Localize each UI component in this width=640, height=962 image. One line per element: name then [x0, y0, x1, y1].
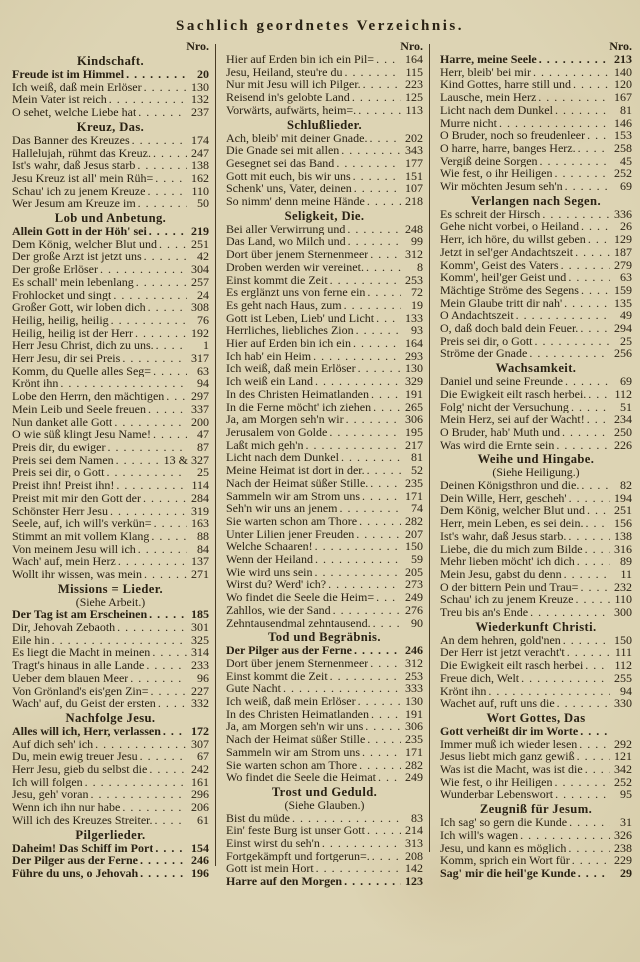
dot-leader — [362, 490, 401, 503]
dot-leader — [581, 479, 610, 492]
entry-number: 255 — [612, 672, 632, 685]
dot-leader — [138, 543, 187, 556]
entry-title: Dein Wille, Herr, gescheh' — [440, 492, 567, 505]
entry-title: Schönster Herr Jesu — [12, 505, 108, 518]
index-entry: Dir, Jehovah Zebaoth301 — [12, 621, 209, 634]
index-entry: Führe du uns, o Jehovah196 — [12, 867, 209, 880]
index-entry: Droben werden wir vereinet.8 — [226, 261, 423, 274]
dot-leader — [136, 276, 187, 289]
entry-title: Frohlocket und singt — [12, 289, 111, 302]
index-entry: Herr Jesu Christ, dich zu uns.1 — [12, 339, 209, 352]
entry-title: Stimmt an mit vollem Klang — [12, 530, 149, 543]
dot-leader — [521, 672, 610, 685]
index-entry: Licht nach dem Dunkel81 — [226, 451, 423, 464]
dot-leader — [283, 682, 401, 695]
entry-number: 172 — [189, 725, 209, 738]
dot-leader — [154, 814, 187, 827]
entry-number: 8 — [403, 261, 423, 274]
entry-number: 191 — [403, 388, 423, 401]
entry-number: 167 — [612, 91, 632, 104]
dot-leader — [585, 659, 610, 672]
entry-title: Treu bis an's Ende — [440, 606, 528, 619]
entry-number: 235 — [403, 477, 423, 490]
entry-number: 282 — [403, 515, 423, 528]
index-entry: Unter Lilien jener Freuden207 — [226, 528, 423, 541]
entry-number: 297 — [189, 390, 209, 403]
entry-title: Bei aller Verwirrung und — [226, 223, 345, 236]
entry-title: Gott verheißt dir im Worte — [440, 725, 578, 738]
index-entry: Alles will ich, Herr, verlassen172 — [12, 725, 209, 738]
index-entry: Komm, sprich ein Wort für229 — [440, 854, 632, 867]
entry-title: Herr Jesu Christ, dich zu uns. — [12, 339, 154, 352]
index-entry: Allein Gott in der Höh' sei219 — [12, 225, 209, 238]
dot-leader — [155, 172, 187, 185]
index-entry: Ich hab' ein Heim293 — [226, 350, 423, 363]
entry-number: 130 — [403, 695, 423, 708]
dot-leader — [156, 339, 187, 352]
entry-title: Kind Gottes, harre still und — [440, 78, 571, 91]
dot-leader — [151, 530, 187, 543]
section-heading: Missions = Lieder. — [12, 583, 209, 596]
dot-leader — [341, 144, 401, 157]
dot-leader — [367, 286, 401, 299]
entry-number: 96 — [189, 672, 209, 685]
index-entry: Freude ist im Himmel20 — [12, 68, 209, 81]
entry-title: Ist's wahr, daß Jesus starb. — [440, 530, 566, 543]
entry-number: 174 — [189, 134, 209, 147]
index-column-1: Nro.Kindschaft.Freude ist im Himmel20Ich… — [12, 40, 209, 880]
dot-leader — [533, 66, 610, 79]
index-entry: Nun danket alle Gott200 — [12, 416, 209, 429]
entry-number: 195 — [403, 426, 423, 439]
index-entry: Der große Arzt ist jetzt uns42 — [12, 250, 209, 263]
index-entry: Sammeln wir am Strom uns171 — [226, 746, 423, 759]
entry-number: 237 — [189, 106, 209, 119]
entry-number: 123 — [403, 875, 423, 888]
index-entry: Eile hin325 — [12, 634, 209, 647]
section-heading: Kreuz, Das. — [12, 121, 209, 134]
dot-leader — [588, 233, 610, 246]
dot-leader — [359, 515, 401, 528]
entry-title: Herr, bleib' bei mir — [440, 66, 531, 79]
entry-title: Einst wirst du seh'n — [226, 837, 320, 850]
section-heading: Lob und Anbetung. — [12, 212, 209, 225]
dot-leader — [358, 695, 401, 708]
dot-leader — [353, 337, 401, 350]
index-entry: Wunderbar Lebenswort95 — [440, 788, 632, 801]
section-heading: Wachsamkeit. — [440, 362, 632, 375]
entry-title: Ich will's wagen — [440, 829, 518, 842]
index-entry: Seh'n wir uns an jenem74 — [226, 502, 423, 515]
entry-title: Daniel und seine Freunde — [440, 375, 563, 388]
entry-title: Nach der Heimat süßer Stille. — [226, 477, 368, 490]
entry-title: Mein Vater ist reich — [12, 93, 107, 106]
dot-leader — [568, 530, 610, 543]
index-entry: Herr Jesu, gieb du selbst die242 — [12, 763, 209, 776]
index-entry: Will ich des Kreuzes Streiter.61 — [12, 814, 209, 827]
index-entry: O, daß doch bald dein Feuer.294 — [440, 322, 632, 335]
index-entry: Mächtige Ströme des Segens159 — [440, 284, 632, 297]
entry-title: Schenk' uns, Vater, deinen — [226, 182, 352, 195]
dot-leader — [555, 788, 610, 801]
index-entry: Das Land, wo Milch und99 — [226, 235, 423, 248]
index-entry: Liebe, die du mich zum Bilde316 — [440, 543, 632, 556]
entry-title: O wie süß klingt Jesu Name! — [12, 428, 151, 441]
index-entry: Jetzt in sel'ger Andachtszeit187 — [440, 246, 632, 259]
dot-leader — [376, 312, 401, 325]
dot-leader — [568, 842, 610, 855]
entry-title: Fortgekämpft und fortgerun=. — [226, 850, 370, 863]
entry-number: 159 — [612, 284, 632, 297]
dot-leader — [333, 604, 401, 617]
entry-title: Hier auf Erden bin ich ein — [226, 337, 351, 350]
entry-number: 276 — [403, 604, 423, 617]
entry-number: 196 — [189, 867, 209, 880]
dot-leader — [378, 771, 401, 784]
dot-leader — [554, 167, 610, 180]
index-entry: Lobe den Herrn, den mächtigen297 — [12, 390, 209, 403]
entry-title: Preis dir, du ewiger — [12, 441, 106, 454]
dot-leader — [556, 439, 610, 452]
dot-leader — [371, 708, 401, 721]
index-entry: Tragt's hinaus in alle Lande233 — [12, 659, 209, 672]
dot-leader — [149, 225, 187, 238]
entry-title: Jesus liebt mich ganz gewiß — [440, 750, 575, 763]
entry-title: Wo findet die Seele die Heimat — [226, 771, 376, 784]
index-entry: O Bruder, noch so freudenleer153 — [440, 129, 632, 142]
dot-leader — [315, 375, 401, 388]
entry-title: O Andachtszeit — [440, 309, 514, 322]
index-entry: Ist's wahr, daß Jesus starb.138 — [440, 530, 632, 543]
entry-number: 249 — [403, 771, 423, 784]
entry-title: Mein Jesu, gabst du denn — [440, 568, 562, 581]
entry-title: Zahllos, wie der Sand — [226, 604, 331, 617]
nro-column-header: Nro. — [226, 40, 423, 53]
section-heading: Verlangen nach Segen. — [440, 195, 632, 208]
column-divider — [215, 44, 216, 866]
index-entry: Schönster Herr Jesu319 — [12, 505, 209, 518]
dot-leader — [563, 634, 610, 647]
dot-leader — [140, 750, 187, 763]
dot-leader — [554, 776, 610, 789]
dot-leader — [109, 93, 187, 106]
dot-leader — [346, 413, 401, 426]
entry-number: 29 — [612, 867, 632, 880]
entry-title: Seh'n wir uns an jenem — [226, 502, 337, 515]
index-entry: Kind Gottes, harre still und120 — [440, 78, 632, 91]
index-entry: In die Ferne möcht' ich ziehen265 — [226, 401, 423, 414]
index-entry: Welche Schaaren!150 — [226, 540, 423, 553]
dot-leader — [359, 759, 401, 772]
entry-title: Wie fest, o ihr Heiligen — [440, 776, 552, 789]
entry-title: Preist ihn! Preist ihn! — [12, 479, 114, 492]
section-crossref: (Siehe Arbeit.) — [12, 596, 209, 609]
entry-title: Einst kommt die Zeit — [226, 670, 328, 683]
entry-title: Dem König, welcher Blut und — [12, 238, 157, 251]
dot-leader — [358, 104, 401, 117]
dot-leader — [367, 464, 401, 477]
entry-number: 249 — [403, 591, 423, 604]
entry-title: Licht nach dem Dunkel — [226, 451, 339, 464]
section-heading: Wort Gottes, Das — [440, 712, 632, 725]
entry-title: Das Land, wo Milch und — [226, 235, 346, 248]
index-entry: Es geht nach Haus, zum19 — [226, 299, 423, 312]
index-entry: Einst kommt die Zeit253 — [226, 274, 423, 287]
index-entry: Jesu Kreuz ist all' mein Rüh=162 — [12, 172, 209, 185]
entry-number: 258 — [612, 142, 632, 155]
index-entry: Der Pilger aus der Ferne246 — [226, 644, 423, 657]
entry-number: 52 — [403, 464, 423, 477]
entry-title: Der große Erlöser — [12, 263, 98, 276]
dot-leader — [539, 53, 610, 66]
entry-title: Wer Jesum am Kreuze im — [12, 197, 136, 210]
entry-title: Nun danket alle Gott — [12, 416, 112, 429]
dot-leader — [149, 763, 187, 776]
entry-number: 219 — [189, 225, 209, 238]
index-entry: Ich weiß, daß mein Erlöser130 — [226, 695, 423, 708]
index-entry: Seele, auf, ich will's verkün=163 — [12, 517, 209, 530]
entry-title: Hallelujah, rühmt das Kreuz. — [12, 147, 151, 160]
entry-title: Deinen Königsthron und die. — [440, 479, 579, 492]
entry-title: Gott ist mein Hort — [226, 862, 314, 875]
entry-title: Herrliches, liebliches Zion — [226, 324, 354, 337]
page-title: Sachlich geordnetes Verzeichnis. — [0, 18, 640, 35]
entry-title: Der Pilger aus der Ferne — [12, 854, 138, 867]
entry-title: In des Christen Heimatlanden — [226, 388, 369, 401]
entry-title: Herr Jesu, dir sei Preis — [12, 352, 120, 365]
entry-number: 69 — [612, 180, 632, 193]
index-entry: Ich weiß ein Land329 — [226, 375, 423, 388]
entry-number: 113 — [403, 104, 423, 117]
index-entry: Der Tag ist am Erscheinen185 — [12, 608, 209, 621]
entry-number: 125 — [403, 91, 423, 104]
dot-leader — [557, 697, 610, 710]
dot-leader — [153, 147, 187, 160]
index-entry: Komm', heil'ger Geist und63 — [440, 271, 632, 284]
index-entry: In des Christen Heimatlanden191 — [226, 388, 423, 401]
entry-title: So nimm' denn meine Hände — [226, 195, 365, 208]
entry-number: 156 — [612, 517, 632, 530]
dot-leader — [330, 670, 401, 683]
index-entry: Ströme der Gnade256 — [440, 347, 632, 360]
dot-leader — [329, 426, 401, 439]
entry-title: Jesu, und kann es möglich — [440, 842, 566, 855]
entry-title: Ist's wahr, daß Jesus starb — [12, 159, 135, 172]
dot-leader — [344, 875, 401, 888]
index-entry: Gute Nacht333 — [226, 682, 423, 695]
index-entry: O harre, harre, banges Herz.258 — [440, 142, 632, 155]
entry-title: Harre auf den Morgen — [226, 875, 342, 888]
index-entry: Wirst du? Werd' ich?273 — [226, 578, 423, 591]
entry-title: Droben werden wir vereinet. — [226, 261, 364, 274]
dot-leader — [140, 867, 187, 880]
entry-title: Freue dich, Welt — [440, 672, 519, 685]
entry-title: Mehr lieben möcht' ich dich — [440, 555, 575, 568]
entry-title: Ströme der Gnade — [440, 347, 527, 360]
entry-title: Mein Leib und Seele freuen — [12, 403, 146, 416]
index-entry: Ein' feste Burg ist unser Gott214 — [226, 824, 423, 837]
entry-title: Was ist die Macht, was ist die — [440, 763, 583, 776]
index-entry: Wie fest, o ihr Heiligen252 — [440, 776, 632, 789]
index-entry: Deinen Königsthron und die.82 — [440, 479, 632, 492]
entry-title: Gute Nacht — [226, 682, 281, 695]
entry-title: Heilig, heilig, heilig — [12, 314, 109, 327]
entry-title: Wenn der Heiland — [226, 553, 313, 566]
index-entry: Harre, meine Seele213 — [440, 53, 632, 66]
dot-leader — [572, 854, 610, 867]
dot-leader — [110, 505, 187, 518]
dot-leader — [347, 223, 401, 236]
dot-leader — [100, 263, 187, 276]
entry-title: Jesu Kreuz ist all' mein Rüh= — [12, 172, 153, 185]
index-entry: Bist du müde83 — [226, 812, 423, 825]
entry-title: Komm, sprich ein Wort für — [440, 854, 570, 867]
index-entry: Dem König, welcher Blut und251 — [440, 504, 632, 517]
entry-title: Licht nach dem Dunkel — [440, 104, 553, 117]
dot-leader — [113, 289, 187, 302]
dot-leader — [95, 738, 187, 751]
entry-number: 11 — [612, 568, 632, 581]
section-crossref: (Siehe Glauben.) — [226, 799, 423, 812]
dot-leader — [356, 528, 401, 541]
index-entry: Zehntausendmal zehntausend.90 — [226, 617, 423, 630]
dot-leader — [148, 403, 187, 416]
index-entry: Schenk' uns, Vater, deinen107 — [226, 182, 423, 195]
index-entry: O Bruder, hab' Muth und250 — [440, 426, 632, 439]
entry-title: Komm, du Quelle alles Seg= — [12, 365, 151, 378]
dot-leader — [588, 388, 610, 401]
entry-title: Die Ewigkeit eilt rasch herbei. — [440, 388, 586, 401]
index-entry: Daniel und seine Freunde69 — [440, 375, 632, 388]
entry-number: 163 — [189, 517, 209, 530]
entry-title: Gehe nicht vorbei, o Heiland — [440, 220, 579, 233]
entry-number: 206 — [189, 801, 209, 814]
index-entry: Gott ist Leben, Lieb' und Licht133 — [226, 312, 423, 325]
dot-leader — [143, 492, 187, 505]
dot-leader — [336, 157, 401, 170]
entry-title: Zehntausendmal zehntausend. — [226, 617, 371, 630]
index-entry: Wer Jesum am Kreuze im50 — [12, 197, 209, 210]
dot-leader — [569, 816, 610, 829]
index-entry: Licht nach dem Dunkel81 — [440, 104, 632, 117]
dot-leader — [341, 451, 401, 464]
hymnal-index-page: Sachlich geordnetes Verzeichnis. Nro.Kin… — [0, 0, 640, 962]
entry-title: Preist mit mir den Gott der — [12, 492, 141, 505]
entry-title: Preis sei dir, o Gott — [12, 466, 105, 479]
entry-title: O Bruder, hab' Muth und — [440, 426, 560, 439]
index-entry: Ja, am Morgen seh'n wir uns306 — [226, 720, 423, 733]
dot-leader — [562, 426, 610, 439]
index-entry: Die Gnade sei mit allen343 — [226, 144, 423, 157]
dot-leader — [367, 824, 401, 837]
entry-title: Mein Herz, sei auf der Wacht! — [440, 413, 585, 426]
entry-number: 171 — [403, 746, 423, 759]
index-column-3: Nro.Harre, meine Seele213Herr, bleib' be… — [440, 40, 632, 880]
entry-title: Dir, Jehovah Zebaoth — [12, 621, 115, 634]
index-entry: Ich will's wagen326 — [440, 829, 632, 842]
entry-title: Wie fest, o ihr Heiligen — [440, 167, 552, 180]
dot-leader — [516, 309, 610, 322]
index-entry: Hallelujah, rühmt das Kreuz.247 — [12, 147, 209, 160]
index-entry: Herrliches, liebliches Zion93 — [226, 324, 423, 337]
entry-title: Wirst du? Werd' ich? — [226, 578, 326, 591]
entry-title: Alles will ich, Herr, verlassen — [12, 725, 161, 738]
entry-number: 242 — [189, 763, 209, 776]
entry-number: 59 — [403, 553, 423, 566]
entry-number: 95 — [612, 788, 632, 801]
dot-leader — [126, 68, 187, 81]
dot-leader — [152, 646, 187, 659]
entry-title: An dem hehren, gold'nen — [440, 634, 561, 647]
index-entry: Wie fest, o ihr Heiligen252 — [440, 167, 632, 180]
entry-title: Der Pilger aus der Ferne — [226, 644, 352, 657]
entry-title: Mein Glaube tritt dir nah' — [440, 297, 562, 310]
entry-title: Es liegt die Macht in meinen — [12, 646, 150, 659]
index-entry: O sehet, welche Liebe hat237 — [12, 106, 209, 119]
dot-leader — [542, 208, 610, 221]
entry-title: Das Banner des Kreuzes — [12, 134, 130, 147]
index-entry: Vorwärts, aufwärts, heim=.113 — [226, 104, 423, 117]
index-entry: O wie süß klingt Jesu Name!47 — [12, 428, 209, 441]
index-entry: In des Christen Heimatlanden191 — [226, 708, 423, 721]
dot-leader — [151, 685, 187, 698]
index-entry: Mein Vater ist reich132 — [12, 93, 209, 106]
entry-number: 233 — [189, 659, 209, 672]
dot-leader — [540, 155, 610, 168]
entry-title: Preis sei dir, o Gott — [440, 335, 533, 348]
index-entry: Sammeln wir am Strom uns171 — [226, 490, 423, 503]
entry-title: Ich sag' so gern die Kunde — [440, 816, 567, 829]
entry-number: 112 — [612, 388, 632, 401]
entry-number: 20 — [189, 68, 209, 81]
nro-column-header: Nro. — [440, 40, 632, 53]
dot-leader — [132, 134, 187, 147]
dot-leader — [158, 697, 187, 710]
dot-leader — [371, 388, 401, 401]
index-entry: Was ist die Macht, was ist die342 — [440, 763, 632, 776]
dot-leader — [356, 324, 401, 337]
section-heading: Seligkeit, Die. — [226, 210, 423, 223]
entry-title: Wo findet die Seele die Heim= — [226, 591, 374, 604]
dot-leader — [130, 672, 187, 685]
entry-number: 187 — [612, 246, 632, 259]
entry-title: Wach' auf, du Geist der ersten — [12, 697, 156, 710]
dot-leader — [322, 837, 401, 850]
entry-number: 329 — [403, 375, 423, 388]
entry-number: 312 — [403, 248, 423, 261]
entry-title: Allein Gott in der Höh' sei — [12, 225, 147, 238]
dot-leader — [108, 441, 188, 454]
entry-title: Liebe, die du mich zum Bilde — [440, 543, 583, 556]
dot-leader — [153, 365, 187, 378]
index-entry: Die Ewigkeit eilt rasch herbei.112 — [440, 388, 632, 401]
dot-leader — [111, 314, 187, 327]
section-heading: Nachfolge Jesu. — [12, 712, 209, 725]
dot-leader — [316, 862, 401, 875]
dot-leader — [373, 401, 401, 414]
dot-leader — [373, 617, 401, 630]
dot-leader — [148, 301, 187, 314]
index-entry: Gehe nicht vorbei, o Heiland26 — [440, 220, 632, 233]
index-entry: Wach' auf, mein Herz137 — [12, 555, 209, 568]
dot-leader — [567, 646, 610, 659]
entry-title: Wachet auf, ruft uns die — [440, 697, 555, 710]
entry-title: Harre, meine Seele — [440, 53, 537, 66]
entry-title: Sag' mir die heil'ge Kunde — [440, 867, 576, 880]
entry-title: Eile hin — [12, 634, 50, 647]
entry-title: Wach' auf, mein Herz — [12, 555, 116, 568]
entry-number: 317 — [189, 352, 209, 365]
